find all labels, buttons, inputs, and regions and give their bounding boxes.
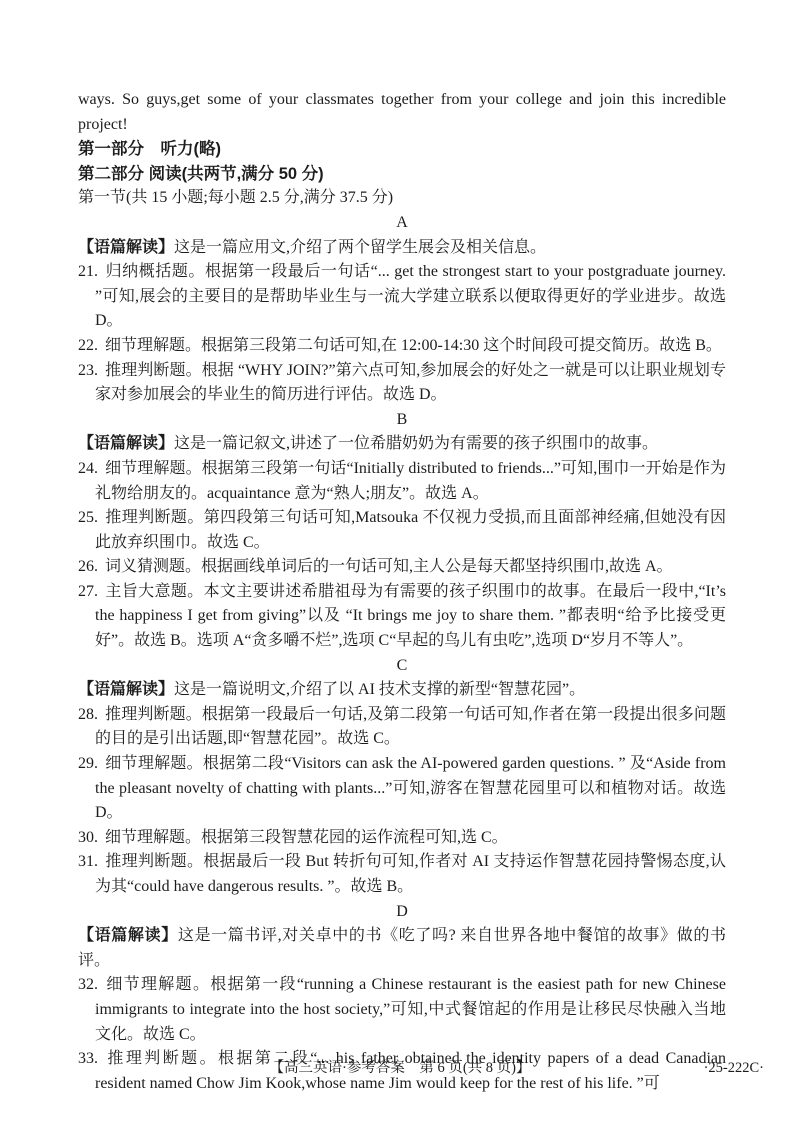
item-number: 24. bbox=[78, 460, 98, 477]
item-number: 22. bbox=[78, 337, 98, 354]
passage-intro-a: 【语篇解读】这是一篇应用文,介绍了两个留学生展会及相关信息。 bbox=[78, 236, 726, 261]
passage-letter-c: C bbox=[78, 654, 726, 679]
answer-item-29: 29.细节理解题。根据第二段“Visitors can ask the AI-p… bbox=[78, 752, 726, 826]
passage-c: C 【语篇解读】这是一篇说明文,介绍了以 AI 技术支撑的新型“智慧花园”。 2… bbox=[78, 654, 726, 900]
item-number: 28. bbox=[78, 706, 98, 723]
answer-item-26: 26.词义猜测题。根据画线单词后的一句话可知,主人公是每天都坚持织围巾,故选 A… bbox=[78, 555, 726, 580]
item-text: 细节理解题。根据第三段第一句话“Initially distributed to… bbox=[95, 460, 726, 502]
item-number: 23. bbox=[78, 362, 98, 379]
item-number: 25. bbox=[78, 509, 98, 526]
answer-item-31: 31.推理判断题。根据最后一段 But 转折句可知,作者对 AI 支持运作智慧花… bbox=[78, 850, 726, 899]
answer-key-page: ways. So guys,get some of your classmate… bbox=[0, 0, 800, 1124]
item-text: 推理判断题。根据 “WHY JOIN?”第六点可知,参加展会的好处之一就是可以让… bbox=[95, 362, 726, 404]
passage-a: A 【语篇解读】这是一篇应用文,介绍了两个留学生展会及相关信息。 21.归纳概括… bbox=[78, 211, 726, 408]
intro-text: 这是一篇说明文,介绍了以 AI 技术支撑的新型“智慧花园”。 bbox=[174, 681, 585, 698]
passage-intro-c: 【语篇解读】这是一篇说明文,介绍了以 AI 技术支撑的新型“智慧花园”。 bbox=[78, 678, 726, 703]
section1-header: 第一节(共 15 小题;每小题 2.5 分,满分 37.5 分) bbox=[78, 186, 726, 211]
answer-item-23: 23.推理判断题。根据 “WHY JOIN?”第六点可知,参加展会的好处之一就是… bbox=[78, 359, 726, 408]
answer-item-27: 27.主旨大意题。本文主要讲述希腊祖母为有需要的孩子织围巾的故事。在最后一段中,… bbox=[78, 580, 726, 654]
continuation-paragraph: ways. So guys,get some of your classmate… bbox=[78, 88, 726, 137]
passage-intro-d: 【语篇解读】这是一篇书评,对关卓中的书《吃了吗? 来自世界各地中餐馆的故事》做的… bbox=[78, 924, 726, 973]
item-number: 31. bbox=[78, 853, 98, 870]
footer-title-page-number: 【高三英语·参考答案 第 6 页(共 8 页)】 bbox=[270, 1060, 531, 1076]
item-text: 推理判断题。根据第一段最后一句话,及第二段第一句话可知,作者在第一段提出很多问题… bbox=[95, 706, 726, 748]
intro-text: 这是一篇应用文,介绍了两个留学生展会及相关信息。 bbox=[174, 239, 546, 256]
item-text: 归纳概括题。根据第一段最后一句话“... get the strongest s… bbox=[95, 263, 726, 329]
item-text: 推理判断题。第四段第三句话可知,Matsouka 不仅视力受损,而且面部神经痛,… bbox=[95, 509, 726, 551]
intro-label: 【语篇解读】 bbox=[78, 435, 174, 452]
answer-item-22: 22.细节理解题。根据第三段第二句话可知,在 12:00-14:30 这个时间段… bbox=[78, 334, 726, 359]
intro-text: 这是一篇记叙文,讲述了一位希腊奶奶为有需要的孩子织围巾的故事。 bbox=[174, 435, 658, 452]
intro-label: 【语篇解读】 bbox=[78, 239, 174, 256]
answer-item-24: 24.细节理解题。根据第三段第一句话“Initially distributed… bbox=[78, 457, 726, 506]
item-number: 21. bbox=[78, 263, 98, 280]
passage-b: B 【语篇解读】这是一篇记叙文,讲述了一位希腊奶奶为有需要的孩子织围巾的故事。 … bbox=[78, 408, 726, 654]
item-number: 32. bbox=[78, 976, 98, 993]
item-number: 30. bbox=[78, 829, 98, 846]
item-text: 细节理解题。根据第三段第二句话可知,在 12:00-14:30 这个时间段可提交… bbox=[105, 337, 722, 354]
part2-header: 第二部分 阅读(共两节,满分 50 分) bbox=[78, 162, 726, 187]
page-footer: 【高三英语·参考答案 第 6 页(共 8 页)】 ·25-222C· bbox=[0, 1056, 800, 1080]
item-text: 主旨大意题。本文主要讲述希腊祖母为有需要的孩子织围巾的故事。在最后一段中,“It… bbox=[95, 583, 726, 649]
answer-item-32: 32.细节理解题。根据第一段“running a Chinese restaur… bbox=[78, 973, 726, 1047]
passage-letter-a: A bbox=[78, 211, 726, 236]
answer-item-30: 30.细节理解题。根据第三段智慧花园的运作流程可知,选 C。 bbox=[78, 826, 726, 851]
answer-item-28: 28.推理判断题。根据第一段最后一句话,及第二段第一句话可知,作者在第一段提出很… bbox=[78, 703, 726, 752]
intro-label: 【语篇解读】 bbox=[78, 681, 174, 698]
item-text: 词义猜测题。根据画线单词后的一句话可知,主人公是每天都坚持织围巾,故选 A。 bbox=[105, 558, 673, 575]
footer-paper-code: ·25-222C· bbox=[704, 1056, 764, 1081]
answer-item-21: 21.归纳概括题。根据第一段最后一句话“... get the stronges… bbox=[78, 260, 726, 334]
passage-letter-b: B bbox=[78, 408, 726, 433]
item-text: 细节理解题。根据第一段“running a Chinese restaurant… bbox=[95, 976, 726, 1042]
item-text: 细节理解题。根据第三段智慧花园的运作流程可知,选 C。 bbox=[105, 829, 508, 846]
item-number: 27. bbox=[78, 583, 98, 600]
answer-item-25: 25.推理判断题。第四段第三句话可知,Matsouka 不仅视力受损,而且面部神… bbox=[78, 506, 726, 555]
item-text: 细节理解题。根据第二段“Visitors can ask the AI-powe… bbox=[95, 755, 726, 821]
passage-intro-b: 【语篇解读】这是一篇记叙文,讲述了一位希腊奶奶为有需要的孩子织围巾的故事。 bbox=[78, 432, 726, 457]
intro-label: 【语篇解读】 bbox=[78, 927, 178, 944]
item-number: 26. bbox=[78, 558, 98, 575]
item-text: 推理判断题。根据最后一段 But 转折句可知,作者对 AI 支持运作智慧花园持警… bbox=[95, 853, 726, 895]
passage-letter-d: D bbox=[78, 900, 726, 925]
item-number: 29. bbox=[78, 755, 98, 772]
part1-header: 第一部分 听力(略) bbox=[78, 137, 726, 162]
